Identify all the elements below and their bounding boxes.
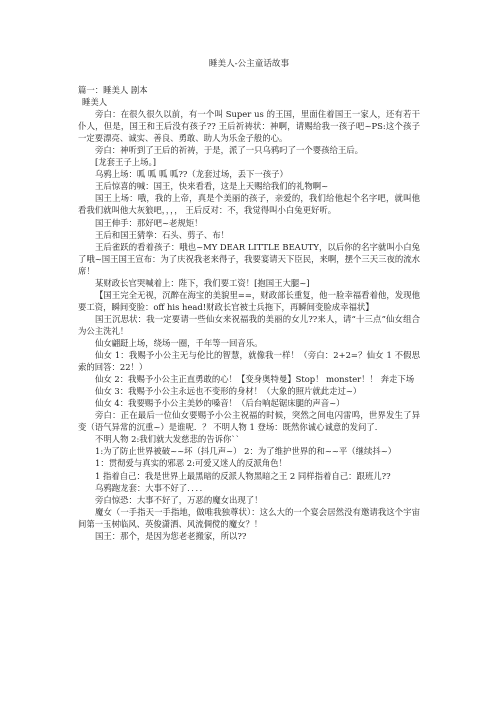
document-title: 睡美人-公主童话故事 (78, 58, 420, 70)
paragraph: 王后雀跃的看着孩子：哦也~MY DEAR LITTLE BEAUTY，以后你的名… (78, 241, 420, 277)
paragraph: 国王上场：哦，我的上帝，真是个美丽的孩子，亲爱的，我们给他起个名字吧，就叫他看我… (78, 192, 420, 216)
paragraph: 仙女 3：我赐予小公主永远也不变形的身材！（大象的照片就此走过~） (78, 385, 420, 397)
paragraph: 国王沉思状：我一定要请一些仙女来祝福我的美丽的女儿??来人，请“十三点”仙女组合… (78, 313, 420, 337)
script-title: 睡美人 (78, 96, 420, 108)
paragraph: 1：贯彻爱与真实的邪恶 2:可爱又迷人的反派角色！ (78, 457, 420, 469)
paragraph: 魔女（一手指天一手指地，做唯我独尊状）：这么大的一个宴会居然没有邀请我这个宇宙间… (78, 506, 420, 530)
paragraph: 旁白：正在最后一位仙女要赐予小公主祝福的时候，突然之间电闪雷鸣，世界发生了异变（… (78, 409, 420, 433)
paragraph: 乌鸦上场：呱 呱 呱 呱??（龙套过场，丢下一孩子） (78, 168, 420, 180)
paragraph: 1 指着自己：我是世界上最黑暗的反派人物黑暗之王 2 同样指着自己：跟班儿?? (78, 470, 420, 482)
paragraph: 旁白：在很久很久以前，有一个叫 Super us 的王国，里面住着国王一家人，还… (78, 108, 420, 144)
paragraph: 王后和国王猜拳：石头、剪子、布！ (78, 229, 420, 241)
paragraph: 1:为了防止世界被破~~坏（抖几声~） 2：为了维护世界的和~~平（继续抖~） (78, 445, 420, 457)
paragraph: 旁白：神听到了王后的祈祷，于是，派了一只乌鸦叼了一个婴孩给王后。 (78, 144, 420, 156)
paragraph: 仙女 2：我赐予小公主正直勇敢的心！【变身奥特曼】Stop！ monster！！… (78, 373, 420, 385)
document-body: 篇一：睡美人 剧本 睡美人 旁白：在很久很久以前，有一个叫 Super us 的… (78, 84, 420, 542)
paragraph: 不明人物 2:我们就大发慈悲的告诉你`` (78, 433, 420, 445)
paragraph: 仙女 4：我要赐予小公主美妙的嗓音！（后台响起锯床腿的声音~） (78, 397, 420, 409)
paragraph: 某财政长官哭喊着上：陛下，我们要工资！[抱国王大腿~] (78, 277, 420, 289)
paragraph: 【国王完全无视，沉醉在海宝的美貌里==，财政部长重复，他一脸幸福看着他，发现他要… (78, 289, 420, 313)
paragraph: 国王：那个，是因为您老老搬家，所以?? (78, 530, 420, 542)
paragraph: 仙女翩跹上场，绕场一圈，千年等一回音乐。 (78, 337, 420, 349)
paragraph: 旁白惊恐：大事不好了，万恶的魔女出现了！ (78, 494, 420, 506)
paragraph: 王后惊喜的喊：国王，快来看看，这是上天赐给我们的礼物啊~ (78, 180, 420, 192)
paragraph: [龙套王子上场。] (78, 156, 420, 168)
section-heading: 篇一：睡美人 剧本 (78, 84, 420, 96)
paragraph: 乌鸦跑龙套：大事不好了．．．． (78, 482, 420, 494)
paragraph: 仙女 1：我赐予小公主无与伦比的智慧，就像我一样！（旁白：2+2=？仙女 1 不… (78, 349, 420, 373)
paragraph: 国王伸手：那好吧~老规矩！ (78, 217, 420, 229)
